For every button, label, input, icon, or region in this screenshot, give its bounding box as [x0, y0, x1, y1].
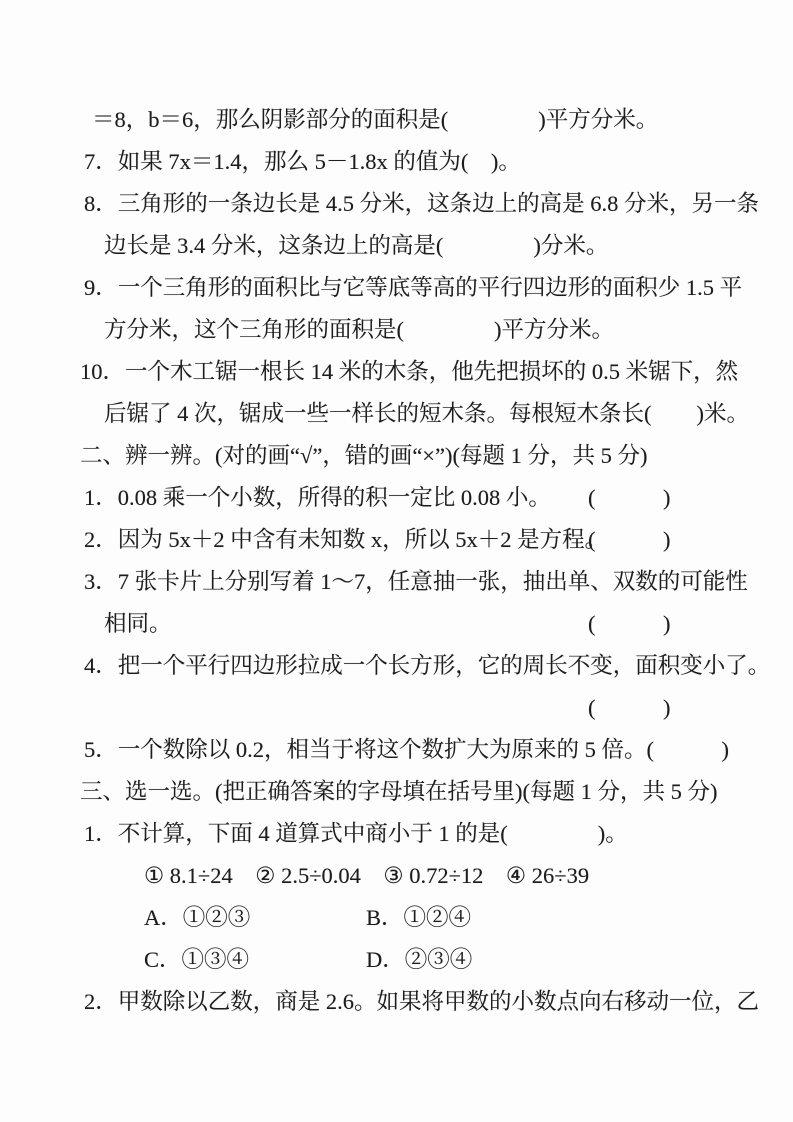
true-false-q5: 5．一个数除以 0.2，相当于将这个数扩大为原来的 5 倍。( ): [84, 737, 729, 762]
multiple-choice-q1-expressions: ① 8.1÷24 ② 2.5÷0.04 ③ 0.72÷12 ④ 26÷39: [144, 863, 589, 888]
section-true-false-header: 二、辨一辨。(对的画“√”，错的画“×”)(每题 1 分，共 5 分): [80, 443, 647, 468]
fill-blank-q10-line2: 后锯了 4 次，锯成一些一样长的短木条。每根短木条长( )米。: [104, 401, 749, 426]
true-false-q2: 2．因为 5x＋2 中含有未知数 x，所以 5x＋2 是方程。: [84, 527, 607, 552]
fill-blank-q10-line1: 10．一个木工锯一根长 14 米的木条，他先把损坏的 0.5 米锯下，然: [80, 359, 738, 384]
test-paper-page: ＝8，b＝6，那么阴影部分的面积是( )平方分米。 7．如果 7x＝1.4，那么…: [0, 0, 793, 1122]
fill-blank-q8-line1: 8．三角形的一条边长是 4.5 分米，这条边上的高是 6.8 分米，另一条: [84, 191, 759, 216]
true-false-q1: 1．0.08 乘一个小数，所得的积一定比 0.08 小。: [84, 485, 551, 510]
multiple-choice-q1-option-d: D．②③④: [366, 947, 472, 972]
fill-blank-q9-line2: 方分米，这个三角形的面积是( )平方分米。: [104, 317, 614, 342]
fill-blank-q7: 7．如果 7x＝1.4，那么 5－1.8x 的值为( )。: [84, 149, 521, 174]
true-false-q2-answer-paren: ( ): [588, 527, 671, 552]
multiple-choice-q1-option-a: A．①②③: [144, 905, 250, 930]
fill-blank-q6-continuation: ＝8，b＝6，那么阴影部分的面积是( )平方分米。: [92, 107, 658, 132]
multiple-choice-q1: 1．不计算，下面 4 道算式中商小于 1 的是( )。: [84, 821, 628, 846]
multiple-choice-q1-option-c: C．①③④: [144, 947, 249, 972]
true-false-q4: 4．把一个平行四边形拉成一个长方形，它的周长不变，面积变小了。: [84, 653, 770, 678]
multiple-choice-q1-option-b: B．①②④: [366, 905, 471, 930]
true-false-q3-line2: 相同。: [104, 611, 172, 636]
multiple-choice-q2-line1: 2．甲数除以乙数，商是 2.6。如果将甲数的小数点向右移动一位，乙: [84, 989, 759, 1014]
true-false-q3-line1: 3．7 张卡片上分别写着 1～7，任意抽一张，抽出单、双数的可能性: [84, 569, 748, 594]
fill-blank-q9-line1: 9．一个三角形的面积比与它等底等高的平行四边形的面积少 1.5 平: [84, 275, 742, 300]
true-false-q1-answer-paren: ( ): [588, 485, 671, 510]
true-false-q4-answer-paren: ( ): [588, 695, 671, 720]
section-multiple-choice-header: 三、选一选。(把正确答案的字母填在括号里)(每题 1 分，共 5 分): [80, 779, 717, 804]
fill-blank-q8-line2: 边长是 3.4 分米，这条边上的高是( )分米。: [104, 233, 608, 258]
true-false-q3-answer-paren: ( ): [588, 611, 671, 636]
